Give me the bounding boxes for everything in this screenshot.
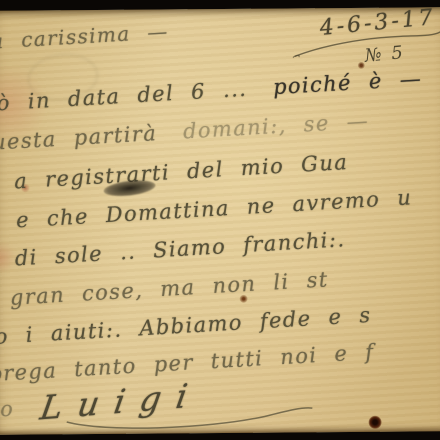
handwriting-block: ria carissima — ivò in data del 6 ...poi…	[0, 0, 440, 431]
line-2-segment-b: poiché è —	[272, 66, 422, 99]
line-3-segment-b: domani:, se —	[182, 109, 369, 144]
line-3-segment-a: questa partirà	[0, 121, 158, 155]
ink-burn-spot-bottom-right	[369, 416, 382, 429]
handwriting-fragment: o	[0, 395, 41, 421]
line-2-segment-a: ivò in data del 6 ...	[0, 77, 248, 117]
photo-backdrop: 4-6-3-17 № 5 ria carissima — ivò in data…	[0, 0, 440, 440]
handwriting-salutation: ria carissima —	[0, 1, 440, 54]
postcard-paper: 4-6-3-17 № 5 ria carissima — ivò in data…	[0, 7, 440, 435]
